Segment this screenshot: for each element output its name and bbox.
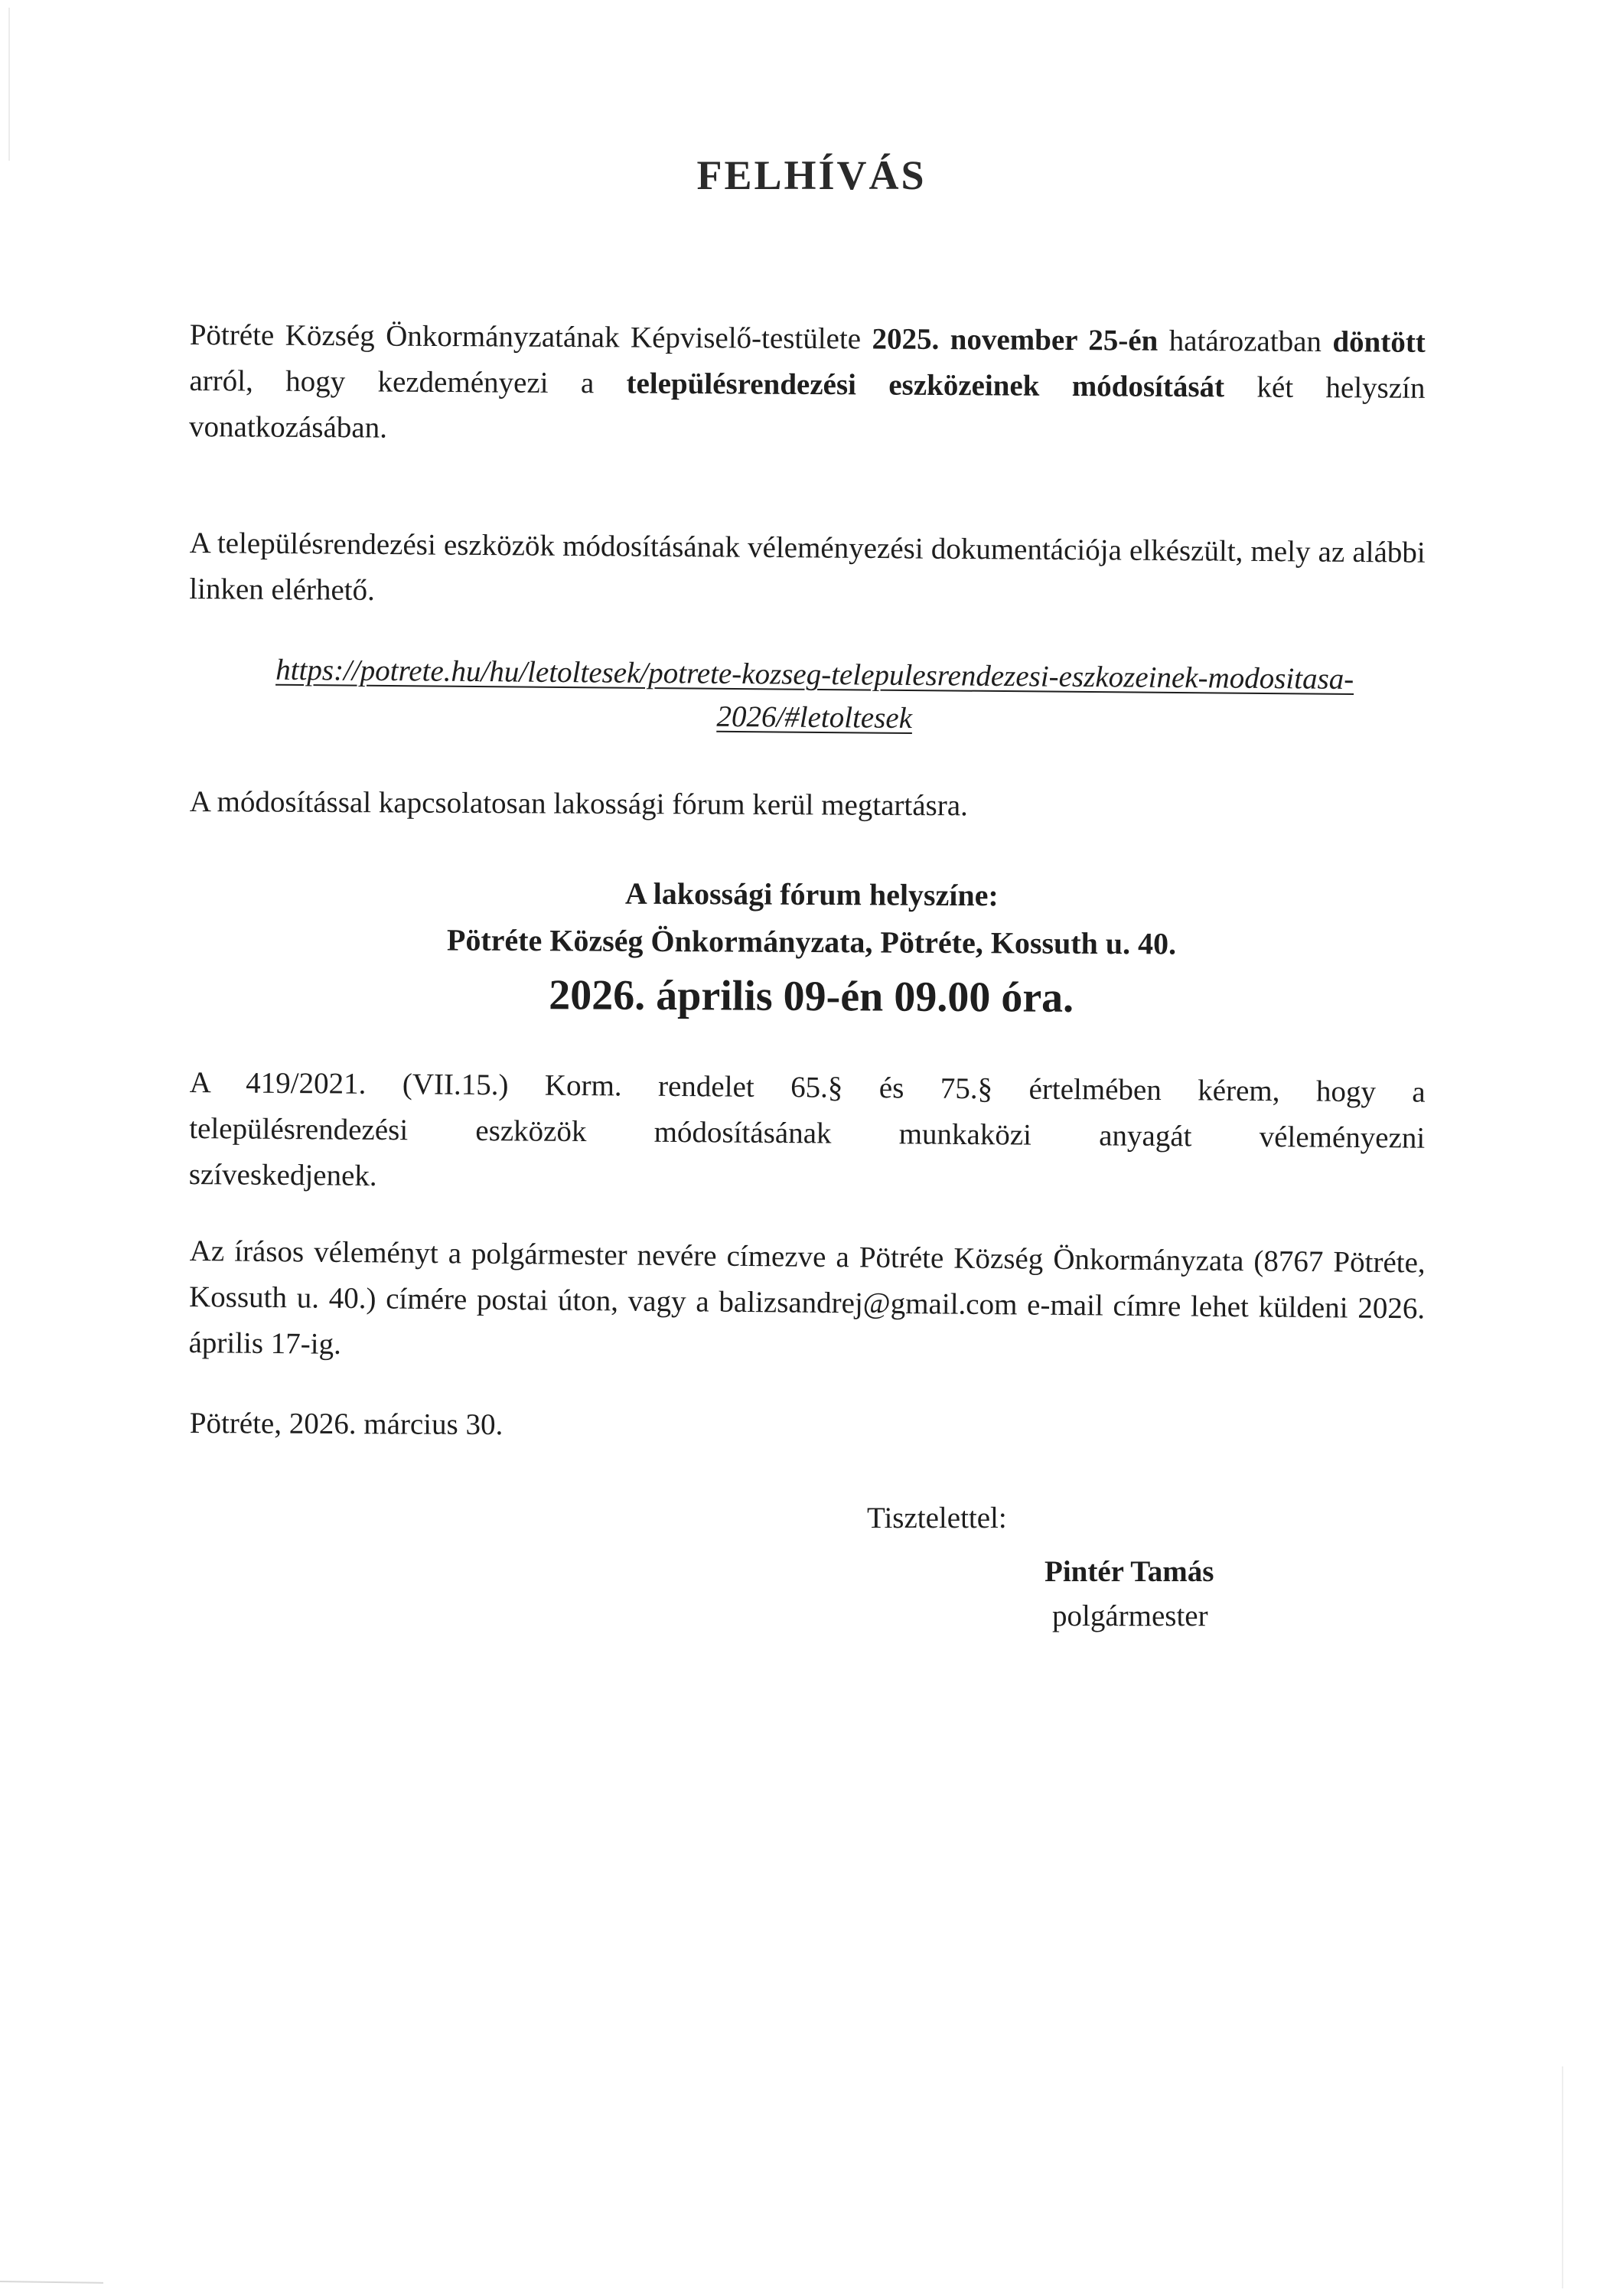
paragraph-legal-request: A 419/2021. (VII.15.) Korm. rendelet 65.… [189,1060,1426,1208]
legal-line-3: szíveskedjenek. [189,1158,377,1192]
scan-edge-line [8,8,10,161]
paragraph-submission: Az írásos véleményt a polgármester nevér… [188,1228,1426,1378]
document-page: FELHÍVÁS Pötréte Község Önkormányzatának… [0,0,1623,2296]
documentation-link[interactable]: https://potrete.hu/hu/letoltesek/potrete… [275,654,1354,735]
forum-venue-block: A lakossági fórum helyszíne: Pötréte Köz… [0,866,1623,1031]
forum-heading: A lakossági fórum helyszíne: [0,866,1623,922]
place-date: Pötréte, 2026. március 30. [190,1401,1426,1453]
bold-decided: döntött [1332,325,1426,359]
text: arról, hogy kezdeményezi a [189,364,626,400]
text: Pötréte Község Önkormányzatának Képvisel… [190,318,872,355]
paragraph-decision: Pötréte Község Önkormányzatának Képvisel… [189,312,1426,458]
paragraph-forum-notice: A módosítással kapcsolatosan lakossági f… [190,779,1426,831]
legal-line-2: településrendezési eszközök módosításána… [189,1106,1425,1162]
link-line-1[interactable]: https://potrete.hu/hu/letoltesek/potrete… [275,654,1354,696]
text: határozatban [1158,325,1332,358]
signer-name: Pintér Tamás [1045,1550,1214,1594]
signer-title: polgármester [1052,1594,1208,1639]
paragraph-documentation: A településrendezési eszközök módosításá… [189,520,1426,622]
scan-edge-line [0,2281,103,2284]
documentation-link-block: https://potrete.hu/hu/letoltesek/potrete… [210,648,1419,745]
document-title: FELHÍVÁS [0,152,1623,199]
closing-salutation: Tisztelettel: [867,1496,1007,1541]
scan-edge-line [1562,2066,1563,2288]
link-line-2[interactable]: 2026/#letoltesek [716,700,912,735]
bold-date: 2025. november 25-én [872,322,1158,357]
forum-location: Pötréte Község Önkormányzata, Pötréte, K… [0,914,1623,970]
bold-subject: településrendezési eszközeinek módosítás… [626,367,1224,403]
forum-datetime: 2026. április 09-én 09.00 óra. [0,961,1623,1031]
